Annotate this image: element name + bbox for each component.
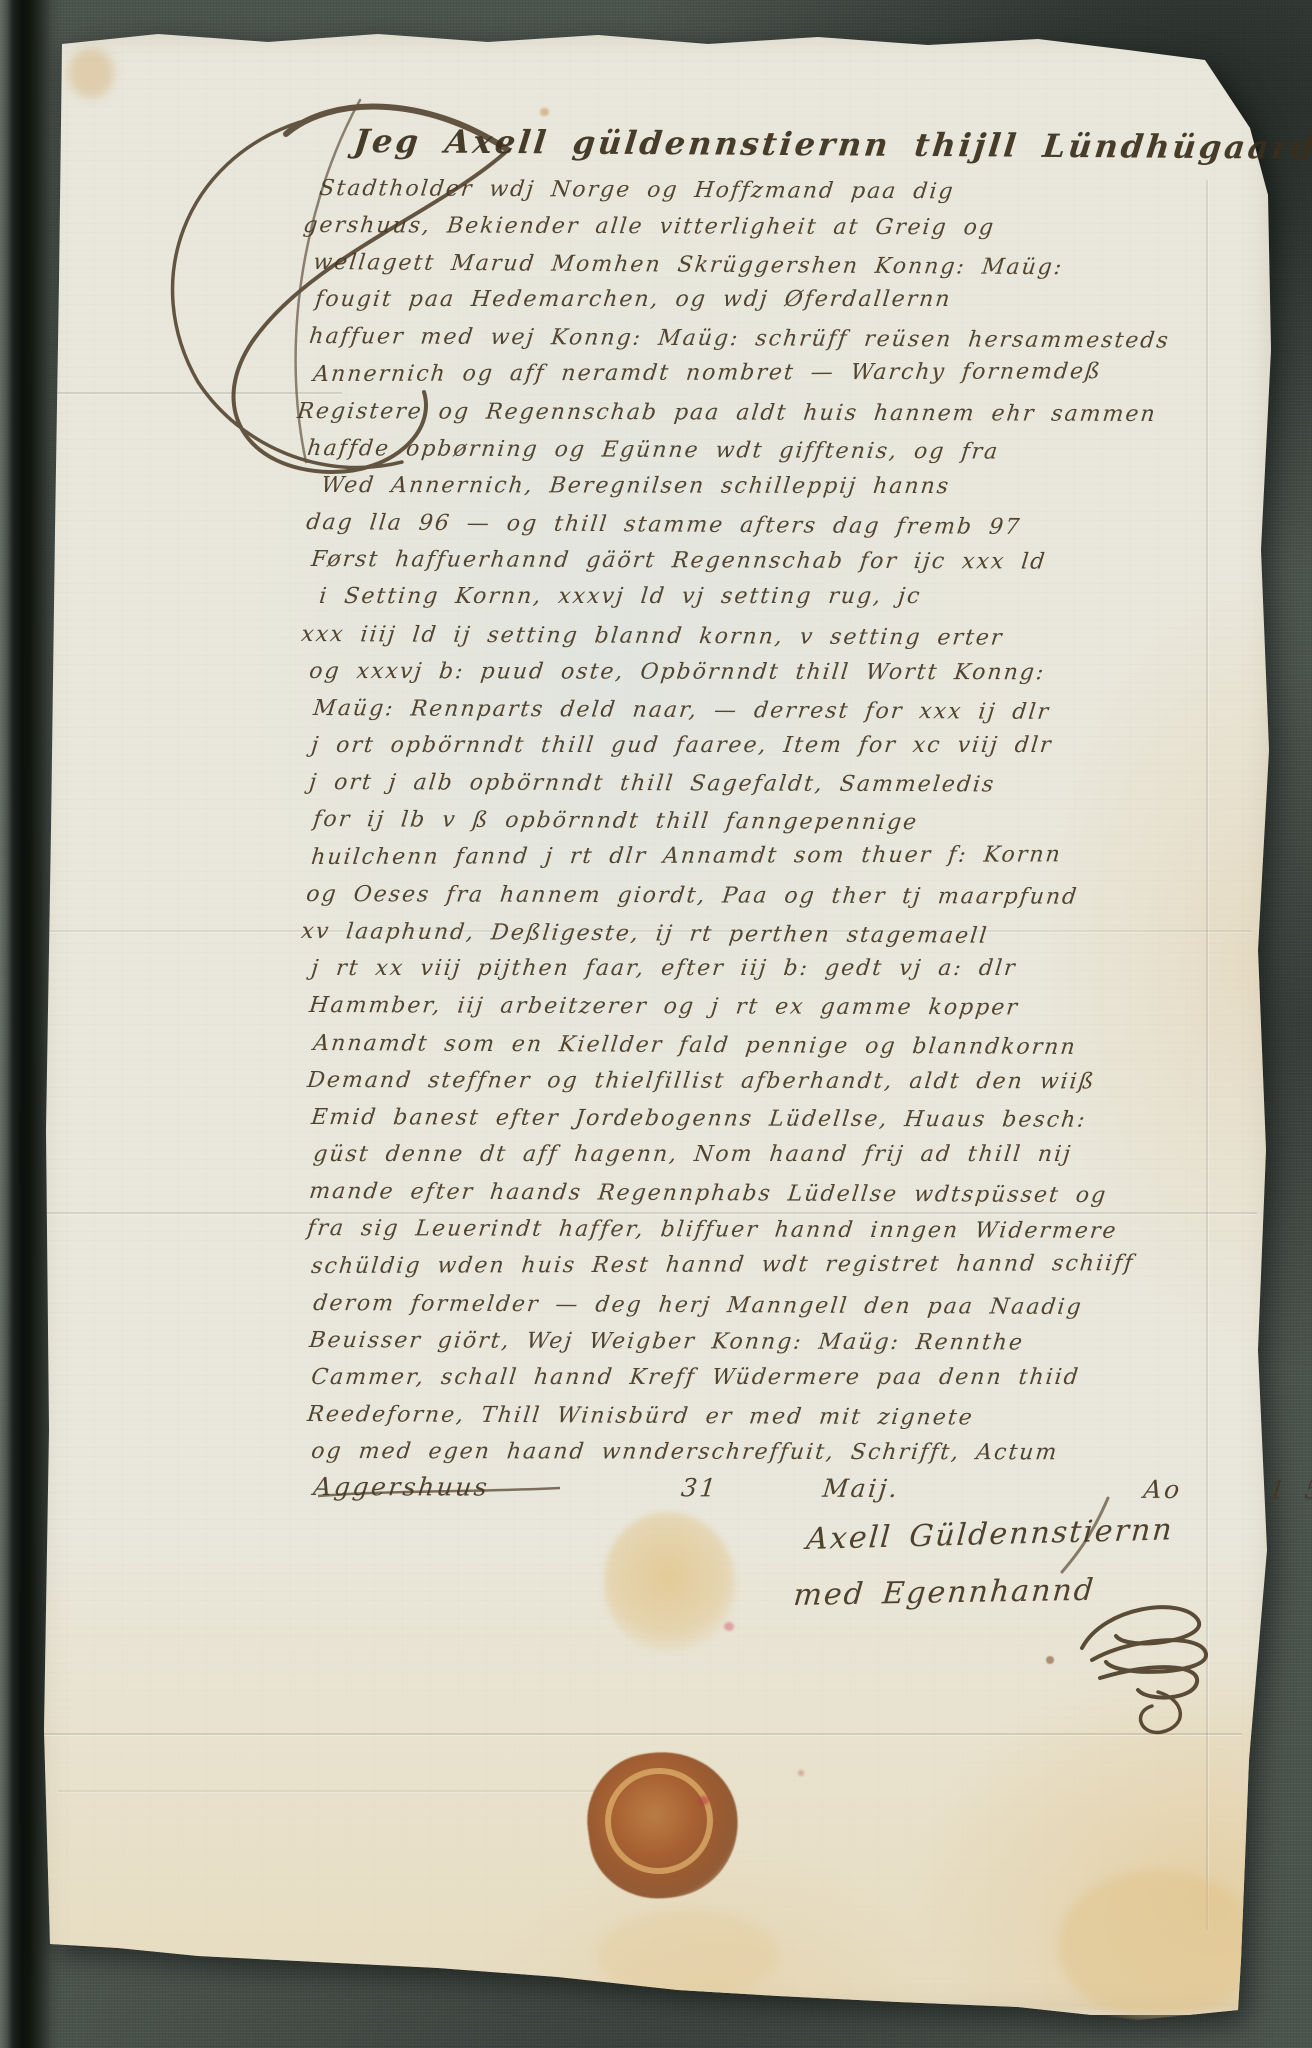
manuscript-line: Hammber, iij arbeitzerer og j rt ex gamm…: [308, 993, 1020, 1020]
manuscript-line: haffde opbørning og Egünne wdt gifftenis…: [306, 436, 1001, 465]
manuscript-line: Annernich og aff neramdt nombret — Warch…: [312, 359, 1103, 387]
manuscript-line: xxx iiij ld ij setting blannd kornn, v s…: [300, 622, 1005, 651]
manuscript-line: mande efter haands Regennphabs Lüdellse …: [308, 1179, 1109, 1208]
manuscript-line: huilchenn fannd j rt dlr Annamdt som thu…: [310, 842, 1063, 870]
signature-line: Axell Güldennstiernn: [805, 1512, 1175, 1557]
manuscript-line: Først haffuerhannd gäört Regennschab for…: [310, 547, 1048, 575]
manuscript-line: Maüg: Rennparts deld naar, — derrest for…: [312, 696, 1051, 725]
manuscript-line: Beuisser giört, Wej Weigber Konng: Maüg:…: [308, 1328, 1025, 1355]
manuscript-line: Emid banest efter Jordebogenns Lüdellse,…: [310, 1105, 1088, 1133]
manuscript-line: og Oeses fra hannem giordt, Paa og ther …: [305, 882, 1080, 910]
manuscript-line: Jeg Axell güldennstiernn thijll Lündhüga…: [352, 122, 1312, 167]
manuscript-line: j ort opbörnndt thill gud faaree, Item f…: [310, 733, 1054, 758]
manuscript-line: derom formelder — deg herj Manngell den …: [312, 1291, 1084, 1320]
manuscript-line: for ij lb v ß opbörnndt thill fanngepenn…: [312, 807, 920, 835]
manuscript-line: wellagett Marud Momhen Skrüggershen Konn…: [312, 250, 1065, 280]
manuscript-line: j rt xx viij pijthen faar, efter iij b: …: [310, 956, 1018, 981]
manuscript-line: j ort j alb opbörnndt thill Sagefaldt, S…: [308, 770, 997, 797]
manuscript-line: Annamdt som en Kiellder fald pennige og …: [312, 1031, 1078, 1060]
handwriting-text-layer: Jeg Axell güldennstiernn thijll Lündhüga…: [0, 0, 1312, 2048]
archive-photograph: Jeg Axell güldennstiernn thijll Lündhüga…: [0, 0, 1312, 2048]
manuscript-line: schüldig wden huis Rest hannd wdt regist…: [310, 1251, 1136, 1279]
manuscript-line: haffuer med wej Konng: Maüg: schrüff reü…: [308, 324, 1171, 353]
manuscript-line: Aggershuus 31 Maij. Ao 1 5 9 7: [312, 1472, 1312, 1505]
manuscript-line: Stadtholder wdj Norge og Hoffzmand paa d…: [318, 176, 956, 204]
manuscript-line: gershuus, Bekiender alle vitterligheit a…: [302, 213, 996, 240]
manuscript-line: Reedeforne, Thill Winisbürd er med mit z…: [306, 1402, 975, 1430]
manuscript-line: fra sig Leuerindt haffer, bliffuer hannd…: [306, 1216, 1119, 1244]
manuscript-line: xv laaphund, Deßligeste, ij rt perthen s…: [300, 919, 990, 949]
manuscript-line: güst denne dt aff hagenn, Nom haand frij…: [312, 1142, 1073, 1167]
manuscript-line: Wed Annernich, Beregnilsen schilleppij h…: [320, 473, 951, 499]
manuscript-line: fougit paa Hedemarchen, og wdj Øferdalle…: [314, 287, 953, 312]
manuscript-line: Demand steffner og thielfillist afberhan…: [306, 1068, 1097, 1094]
manuscript-line: Cammer, schall hannd Kreff Wüdermere paa…: [310, 1365, 1081, 1390]
manuscript-line: Registere og Regennschab paa aldt huis h…: [296, 399, 1158, 427]
manuscript-line: i Setting Kornn, xxxvj ld vj setting rug…: [318, 584, 923, 609]
signature-line: med Egennhannd: [792, 1573, 1097, 1613]
manuscript-line: og xxxvj b: puud oste, Opbörnndt thill W…: [308, 659, 1047, 685]
manuscript-line: dag lla 96 — og thill stamme afters dag …: [305, 510, 1022, 540]
manuscript-line: og med egen haand wnnderschreffuit, Schr…: [310, 1439, 1060, 1465]
